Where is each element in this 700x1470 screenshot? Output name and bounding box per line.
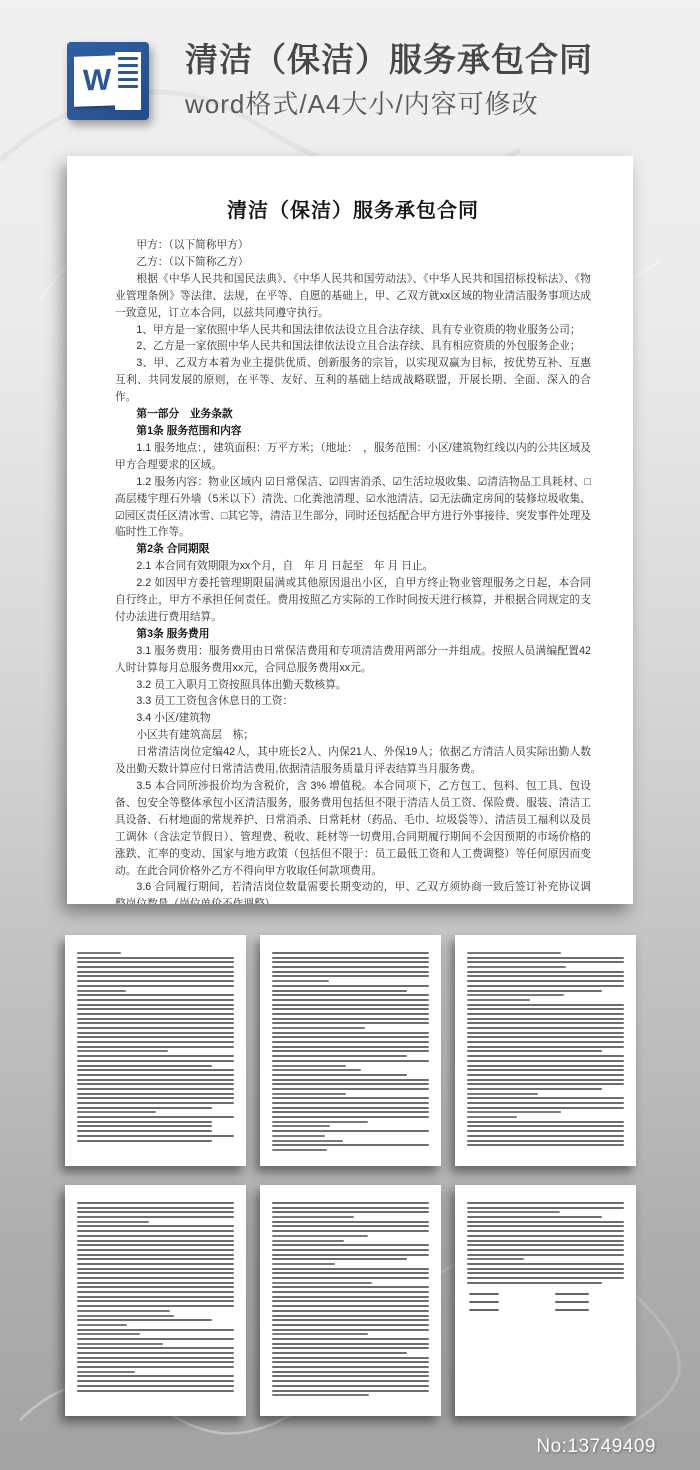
contract-paragraph: 乙方：（以下简称乙方）	[115, 254, 591, 271]
word-icon-document-sheet	[115, 52, 141, 110]
page-thumbnail-page-2	[65, 935, 246, 1166]
contract-paragraph: 3.6 合同履行期间，若清洁岗位数量需要长期变动的，甲、乙双方须协商一致后签订补…	[115, 879, 591, 904]
contract-paragraph: 小区共有建筑高层 栋；	[115, 727, 591, 744]
contract-paragraph: 3、甲、乙双方本着为业主提供优质、创新服务的宗旨，以实现双赢为目标，按优势互补、…	[115, 355, 591, 406]
page-thumbnail-page-7	[455, 1185, 636, 1416]
contract-heading: 第1条 服务范围和内容	[115, 423, 591, 440]
page-thumbnail-page-5	[65, 1185, 246, 1416]
page-thumbnail-page-6	[260, 1185, 441, 1416]
contract-paragraph: 甲方：（以下简称甲方）	[115, 237, 591, 254]
contract-paragraph: 2.1 本合同有效期限为xx个月，自 年 月 日起至 年 月 日止。	[115, 558, 591, 575]
page-thumbnail-page-3	[260, 935, 441, 1166]
contract-heading: 第一部分 业务条款	[115, 406, 591, 423]
contract-paragraph: 3.2 员工入职月工资按照具体出勤天数核算。	[115, 677, 591, 694]
preview-header: W 清洁（保洁）服务承包合同 word格式/A4大小/内容可修改	[0, 0, 700, 130]
signature-block	[467, 1293, 624, 1311]
word-icon-letter: W	[74, 55, 120, 107]
contract-paragraph: 1、甲方是一家依照中华人民共和国法律依法设立且合法存续、具有专业资质的物业服务公…	[115, 322, 591, 339]
contract-document-title: 清洁（保洁）服务承包合同	[115, 194, 591, 223]
contract-paragraph: 3.1 服务费用：服务费用由日常保洁费用和专项清洁费用两部分一并组成。按照人员满…	[115, 643, 591, 677]
contract-body: 甲方：（以下简称甲方）乙方：（以下简称乙方）根据《中华人民共和国民法典》、《中华…	[115, 237, 591, 904]
contract-paragraph: 2、乙方是一家依照中华人民共和国法律依法设立且合法存续、具有相应资质的外包服务企…	[115, 338, 591, 355]
word-icon: W	[67, 42, 149, 120]
contract-heading: 第2条 合同期限	[115, 541, 591, 558]
stock-number-label: No:13749409	[536, 1436, 656, 1458]
contract-paragraph: 3.4 小区/建筑物	[115, 710, 591, 727]
contract-paragraph: 1.2 服务内容：物业区域内 ☑日常保洁、☑四害消杀、☑生活垃圾收集、☑清洁物品…	[115, 474, 591, 542]
page-thumbnail-page-4	[455, 935, 636, 1166]
contract-paragraph: 3.3 员工工资包含休息日的工资：	[115, 693, 591, 710]
template-title: 清洁（保洁）服务承包合同	[185, 40, 665, 80]
contract-page-1: 清洁（保洁）服务承包合同 甲方：（以下简称甲方）乙方：（以下简称乙方）根据《中华…	[67, 156, 633, 904]
contract-paragraph: 3.5 本合同所涉报价均为含税价，含 3% 增值税。本合同项下，乙方包工、包料、…	[115, 778, 591, 879]
contract-paragraph: 日常清洁岗位定编42人，其中班长2人、内保21人、外保19人；依据乙方清洁人员实…	[115, 744, 591, 778]
contract-paragraph: 2.2 如因甲方委托管理期限届满或其他原因退出小区，自甲方终止物业管理服务之日起…	[115, 575, 591, 626]
template-subtitle: word格式/A4大小/内容可修改	[185, 84, 665, 121]
contract-paragraph: 1.1 服务地点：，建筑面积：万平方米；（地址： ，服务范围：小区/建筑物红线以…	[115, 440, 591, 474]
contract-paragraph: 根据《中华人民共和国民法典》、《中华人民共和国劳动法》、《中华人民共和国招标投标…	[115, 271, 591, 322]
contract-heading: 第3条 服务费用	[115, 626, 591, 643]
